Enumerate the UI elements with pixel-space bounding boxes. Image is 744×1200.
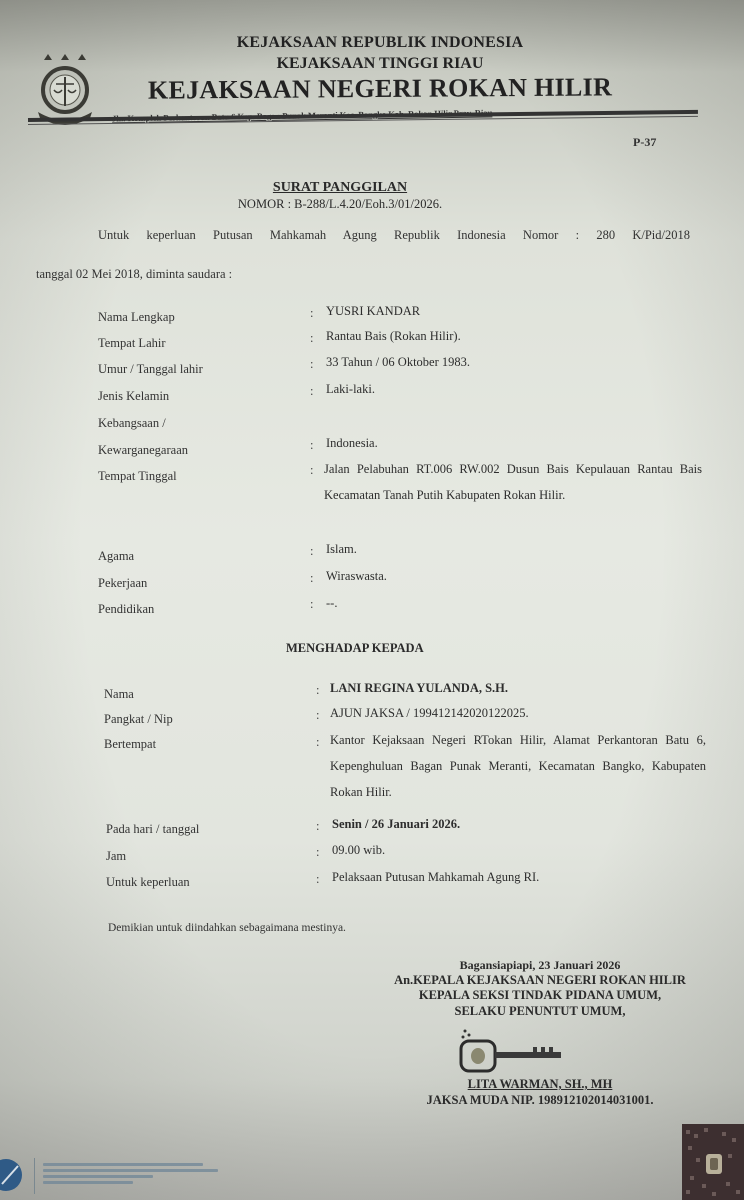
- qr-code-icon[interactable]: [682, 1124, 744, 1200]
- field-value-agama: Islam.: [326, 542, 357, 557]
- signature-line-2: KEPALA SEKSI TINDAK PIDANA UMUM,: [330, 988, 744, 1003]
- field-label-hari-tanggal: Pada hari / tanggal: [106, 822, 199, 837]
- field-label-jam: Jam: [106, 849, 126, 864]
- intro-line-1: Untuk keperluan Putusan Mahkamah Agung R…: [98, 228, 690, 243]
- field-value-kewarganegaraan: Indonesia.: [326, 436, 378, 451]
- field-label-umur: Umur / Tanggal lahir: [98, 362, 203, 377]
- field-label-kewarganegaraan: Kewarganegaraan: [98, 443, 188, 458]
- field-value-pekerjaan: Wiraswasta.: [326, 569, 387, 584]
- field-label-nama: Nama: [104, 687, 134, 702]
- field-label-pekerjaan: Pekerjaan: [98, 576, 147, 591]
- signature-line-1: An.KEPALA KEJAKSAAN NEGERI ROKAN HILIR: [330, 973, 744, 988]
- letterhead-line-3: KEJAKSAAN NEGERI ROKAN HILIR: [80, 72, 680, 106]
- field-colon: :: [316, 708, 319, 723]
- field-value-tempat-lahir: Rantau Bais (Rokan Hilir).: [326, 329, 461, 344]
- e-signature-key-icon: [455, 1025, 575, 1075]
- form-code: P-37: [633, 135, 656, 150]
- section-heading: MENGHADAP KEPADA: [286, 641, 424, 656]
- field-label-jenis-kelamin: Jenis Kelamin: [98, 389, 169, 404]
- field-label-nama-lengkap: Nama Lengkap: [98, 310, 175, 325]
- field-label-agama: Agama: [98, 549, 134, 564]
- document-title: SURAT PANGGILAN: [180, 180, 500, 196]
- field-colon: :: [310, 306, 313, 321]
- field-value-hari-tanggal: Senin / 26 Januari 2026.: [332, 817, 460, 832]
- field-colon: :: [316, 872, 319, 887]
- field-label-tempat-tinggal: Tempat Tinggal: [98, 469, 177, 484]
- bsre-logo-icon: [0, 1158, 24, 1192]
- letterhead-line-2: KEJAKSAAN TINGGI RIAU: [100, 55, 660, 73]
- field-label-tempat-lahir: Tempat Lahir: [98, 336, 166, 351]
- field-label-pangkat-nip: Pangkat / Nip: [104, 712, 173, 727]
- field-value-pangkat-nip: AJUN JAKSA / 199412142020122025.: [330, 706, 529, 721]
- document-number: NOMOR : B-288/L.4.20/Eoh.3/01/2026.: [150, 197, 530, 212]
- field-colon: :: [316, 819, 319, 834]
- field-value-jenis-kelamin: Laki-laki.: [326, 382, 375, 397]
- field-value-nama-lengkap: YUSRI KANDAR: [326, 304, 420, 319]
- field-value-umur: 33 Tahun / 06 Oktober 1983.: [326, 355, 470, 370]
- signature-line-3: SELAKU PENUNTUT UMUM,: [330, 1004, 744, 1019]
- field-colon: :: [316, 735, 319, 750]
- field-label-kebangsaan: Kebangsaan /: [98, 416, 166, 431]
- field-value-pendidikan: --.: [326, 596, 337, 611]
- signature-place-date: Bagansiapiapi, 23 Januari 2026: [330, 958, 744, 973]
- field-colon: :: [310, 357, 313, 372]
- field-colon: :: [316, 845, 319, 860]
- field-colon: :: [310, 384, 313, 399]
- footer-divider: [34, 1158, 35, 1194]
- intro-line-2: tanggal 02 Mei 2018, diminta saudara :: [36, 267, 232, 282]
- field-value-tempat-tinggal: Jalan Pelabuhan RT.006 RW.002 Dusun Bais…: [324, 456, 702, 508]
- signatory-name: LITA WARMAN, SH., MH: [330, 1077, 744, 1092]
- field-colon: :: [310, 438, 313, 453]
- field-value-bertempat: Kantor Kejaksaan Negeri RTokan Hilir, Al…: [330, 727, 706, 805]
- footer-disclaimer-text: [43, 1163, 218, 1187]
- letterhead-line-1: KEJAKSAAN REPUBLIK INDONESIA: [100, 34, 660, 52]
- field-label-pendidikan: Pendidikan: [98, 602, 154, 617]
- field-colon: :: [316, 683, 319, 698]
- field-colon: :: [310, 463, 313, 478]
- field-label-keperluan: Untuk keperluan: [106, 875, 190, 890]
- field-value-keperluan: Pelaksaan Putusan Mahkamah Agung RI.: [332, 870, 539, 885]
- field-label-bertempat: Bertempat: [104, 737, 156, 752]
- field-value-jam: 09.00 wib.: [332, 843, 385, 858]
- field-colon: :: [310, 331, 313, 346]
- field-value-officer-name: LANI REGINA YULANDA, S.H.: [330, 681, 508, 696]
- closing-text: Demikian untuk diindahkan sebagaimana me…: [108, 922, 346, 934]
- signatory-nip: JAKSA MUDA NIP. 198912102014031001.: [330, 1093, 744, 1108]
- field-colon: :: [310, 544, 313, 559]
- field-colon: :: [310, 597, 313, 612]
- field-colon: :: [310, 571, 313, 586]
